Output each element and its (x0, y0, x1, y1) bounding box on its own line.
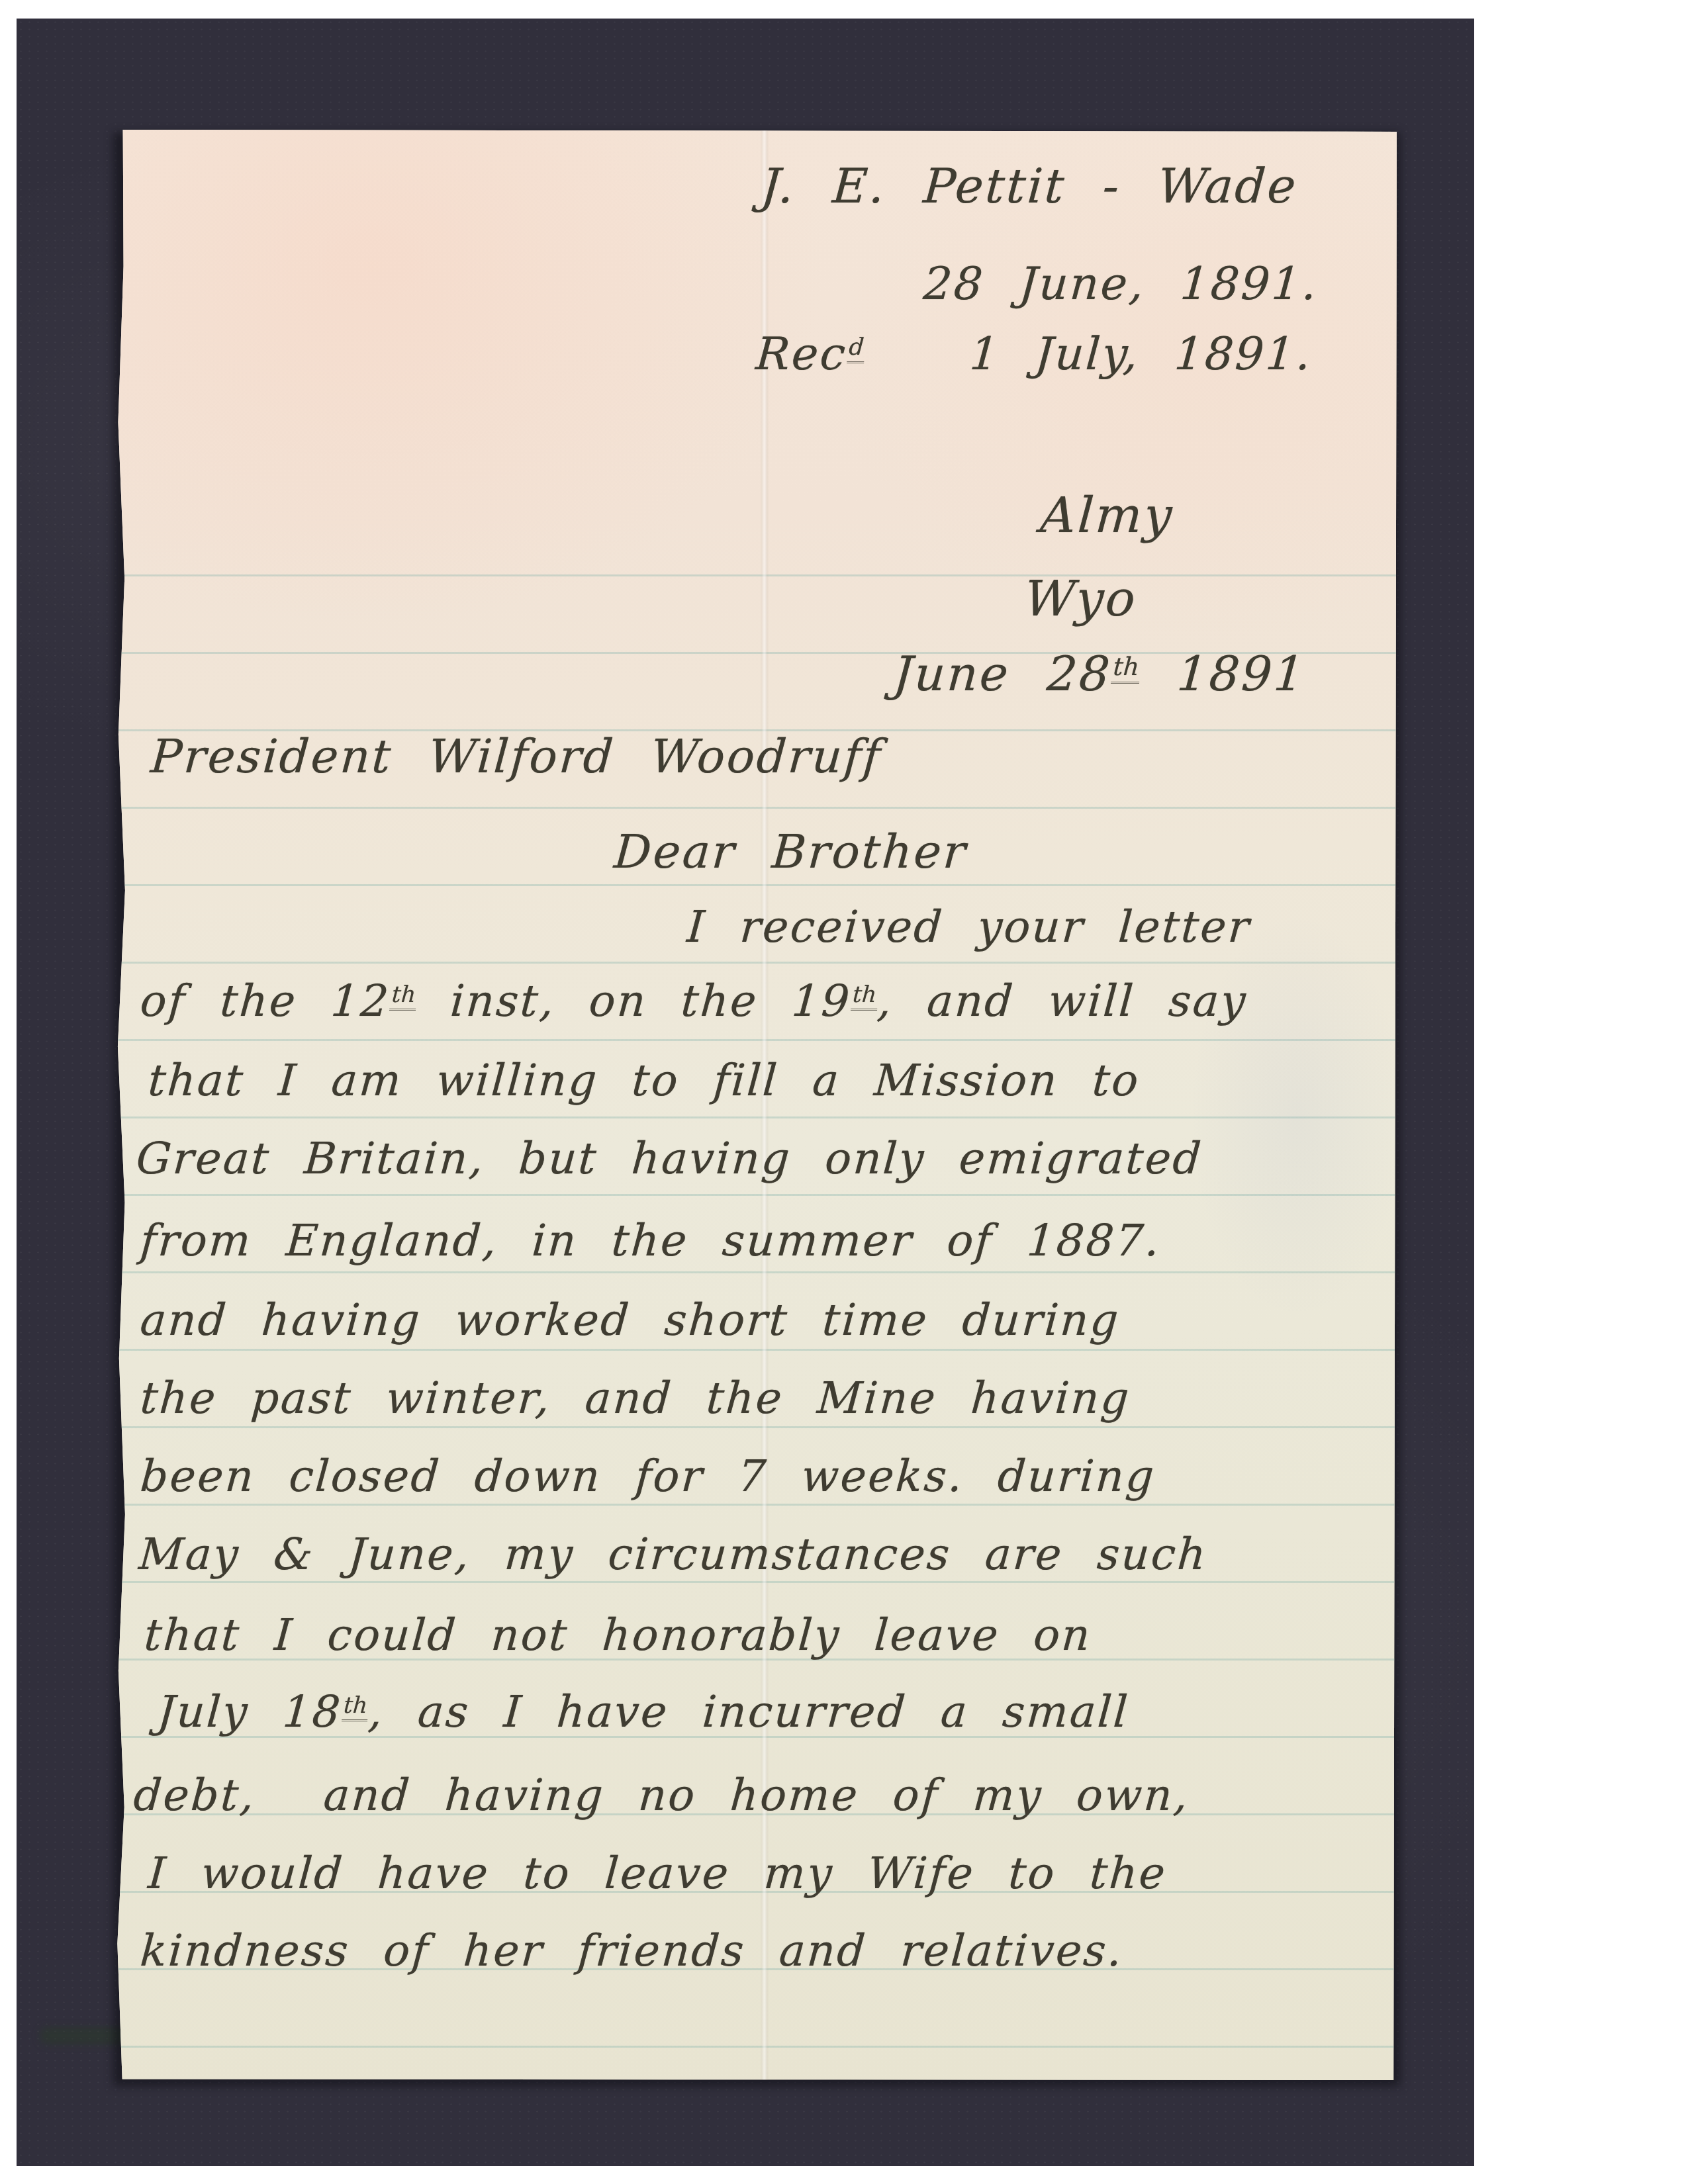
body-line-14: kindness of her friends and relatives. (139, 1929, 1125, 1973)
body-line-12: debt, and having no home of my own, (132, 1774, 1191, 1817)
body-line-8: been closed down for 7 weeks. during (139, 1455, 1157, 1498)
body-line-5: from England, in the summer of 1887. (139, 1219, 1162, 1263)
recipient-line: President Wilford Woodruff (150, 733, 884, 780)
body-line-9: May & June, my circumstances are such (138, 1533, 1209, 1576)
scan-page: J. E. Pettit - Wade 28 June, 1891. Recd … (0, 0, 1688, 2184)
archival-received-note: Recd 1 July, 1891. (755, 332, 1314, 377)
dateline-place: Almy (1039, 491, 1175, 540)
body-line-1: I received your letter (686, 905, 1252, 949)
body-line-2: of the 12th inst, on the 19th, and will … (139, 979, 1249, 1023)
body-line-7: the past winter, and the Mine having (139, 1377, 1132, 1420)
archival-date-note: 28 June, 1891. (922, 262, 1320, 307)
body-line-10: that I could not honorably leave on (143, 1614, 1094, 1657)
body-line-13: I would have to leave my Wife to the (147, 1852, 1168, 1895)
dateline-date: June 28th 1891 (892, 650, 1307, 698)
dateline-state: Wyo (1023, 574, 1139, 623)
body-line-4: Great Britain, but having only emigrated (135, 1137, 1204, 1181)
body-line-3: that I am willing to fill a Mission to (147, 1059, 1142, 1103)
salutation-line: Dear Brother (613, 829, 969, 875)
body-line-6: and having worked short time during (139, 1298, 1121, 1342)
ink-bleed-mark (1188, 911, 1407, 1321)
body-line-11: July 18th, as I have incurred a small (156, 1690, 1131, 1734)
archival-name-note: J. E. Pettit - Wade (759, 162, 1299, 210)
